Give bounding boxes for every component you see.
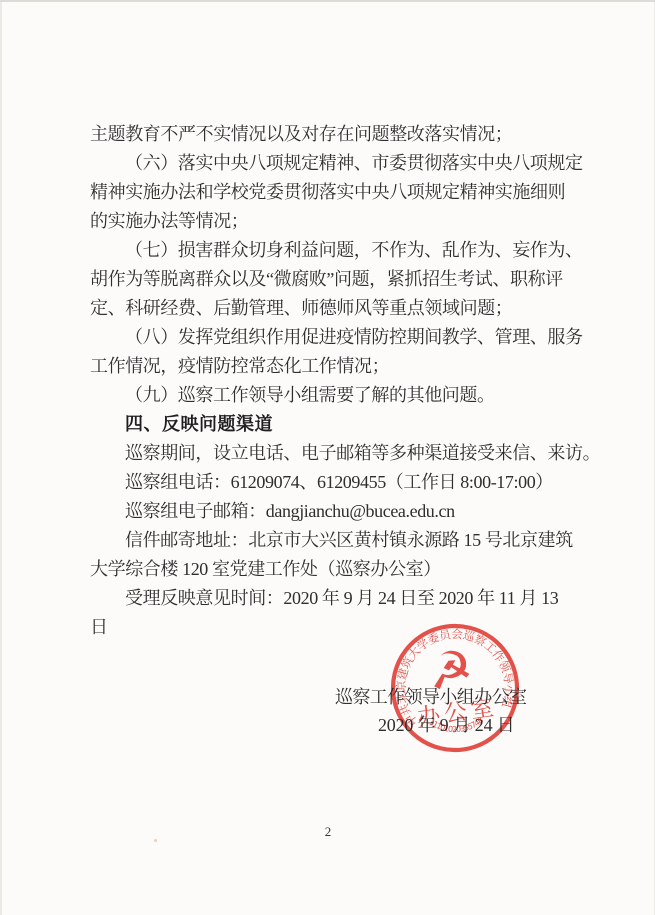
text-line: 主题教育不严不实情况以及对存在问题整改落实情况； (90, 120, 576, 149)
signature-date: 2020 年 9 月 24 日 (378, 711, 515, 737)
scan-speck (154, 839, 157, 842)
text-line: 定、科研经费、后勤管理、师德师风等重点领域问题； (90, 294, 576, 323)
text-line: 巡察组电话：61209074、61209455（工作日 8:00-17:00） (90, 468, 576, 497)
text-line: 信件邮寄地址：北京市大兴区黄村镇永源路 15 号北京建筑 (90, 526, 576, 555)
text-line: 精神实施办法和学校党委贯彻落实中央八项规定精神实施细则 (90, 178, 576, 207)
text-line: 大学综合楼 120 室党建工作处（巡察办公室） (90, 555, 576, 584)
document-body: 主题教育不严不实情况以及对存在问题整改落实情况； （六）落实中央八项规定精神、市… (90, 120, 576, 642)
text-line: 四、反映问题渠道 (90, 410, 576, 439)
text-line: （七）损害群众切身利益问题，不作为、乱作为、妄作为、 (90, 236, 576, 265)
text-line: （九）巡察工作领导小组需要了解的其他问题。 (90, 381, 576, 410)
document-page: 主题教育不严不实情况以及对存在问题整改落实情况； （六）落实中央八项规定精神、市… (0, 0, 655, 915)
text-line: 巡察期间，设立电话、电子邮箱等多种渠道接受来信、来访。 (90, 439, 576, 468)
text-line: 的实施办法等情况； (90, 207, 576, 236)
signature-office: 巡察工作领导小组办公室 (335, 683, 526, 709)
text-line: 受理反映意见时间：2020 年 9 月 24 日至 2020 年 11 月 13 (90, 584, 576, 613)
text-line: 胡作为等脱离群众以及“微腐败”问题，紧抓招生考试、职称评 (90, 265, 576, 294)
text-line: （六）落实中央八项规定精神、市委贯彻落实中央八项规定 (90, 149, 576, 178)
text-line: 工作情况，疫情防控常态化工作情况； (90, 352, 576, 381)
text-line: （八）发挥党组织作用促进疫情防控期间教学、管理、服务 (90, 323, 576, 352)
page-number: 2 (316, 824, 340, 840)
text-line: 巡察组电子邮箱：dangjianchu@bucea.edu.cn (90, 497, 576, 526)
